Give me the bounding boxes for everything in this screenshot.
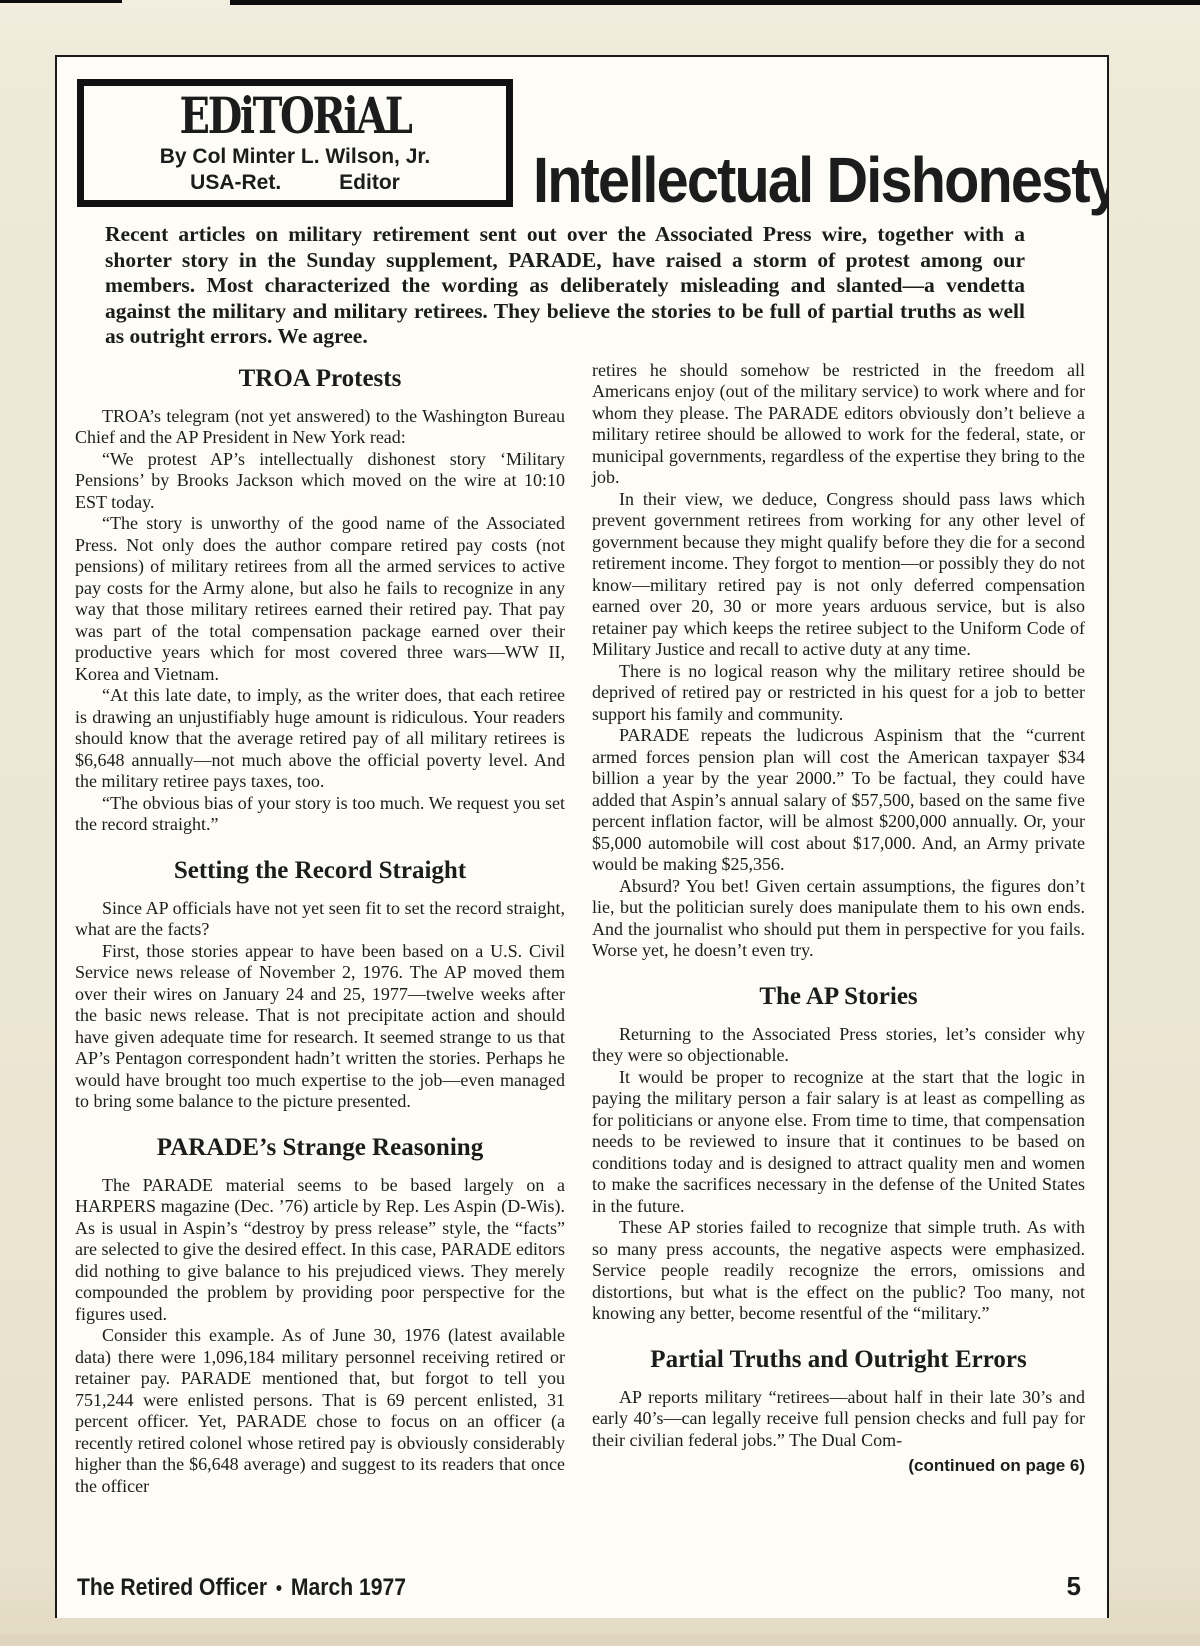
body-paragraph: “We protest AP’s intellectually dishones… bbox=[75, 449, 565, 514]
section-heading: TROA Protests bbox=[75, 364, 565, 394]
body-paragraph: It would be proper to recognize at the s… bbox=[592, 1067, 1085, 1218]
editor-roles: USA-Ret. Editor bbox=[84, 170, 506, 196]
section-heading: Partial Truths and Outright Errors bbox=[592, 1345, 1085, 1375]
body-paragraph: “At this late date, to imply, as the wri… bbox=[75, 685, 565, 793]
editorial-logo-box: EDiTORiAL By Col Minter L. Wilson, Jr. U… bbox=[77, 79, 513, 207]
section-heading: PARADE’s Strange Reasoning bbox=[75, 1133, 565, 1163]
left-column: TROA ProtestsTROA’s telegram (not yet an… bbox=[75, 360, 565, 1498]
body-paragraph: In their view, we deduce, Congress shoul… bbox=[592, 489, 1085, 661]
body-paragraph: retires he should somehow be restricted … bbox=[592, 360, 1085, 489]
right-column: retires he should somehow be restricted … bbox=[592, 360, 1085, 1498]
body-paragraph: The PARADE material seems to be based la… bbox=[75, 1175, 565, 1326]
body-paragraph: “The story is unworthy of the good name … bbox=[75, 513, 565, 685]
body-paragraph: AP reports military “retirees—about half… bbox=[592, 1387, 1085, 1452]
body-paragraph: Returning to the Associated Press storie… bbox=[592, 1024, 1085, 1067]
editorial-panel: EDiTORiAL By Col Minter L. Wilson, Jr. U… bbox=[55, 55, 1109, 1618]
body-paragraph: First, those stories appear to have been… bbox=[75, 941, 565, 1113]
body-paragraph: These AP stories failed to recognize tha… bbox=[592, 1217, 1085, 1325]
body-paragraph: “The obvious bias of your story is too m… bbox=[75, 793, 565, 836]
editor-byline: By Col Minter L. Wilson, Jr. bbox=[84, 144, 506, 170]
article-columns: TROA ProtestsTROA’s telegram (not yet an… bbox=[75, 360, 1085, 1498]
article-headline: Intellectual Dishonesty bbox=[533, 150, 1109, 211]
editor-org: USA-Ret. bbox=[190, 170, 281, 196]
page-bottom-edge bbox=[0, 1635, 1200, 1646]
editorial-logo: EDiTORiAL bbox=[126, 88, 464, 144]
body-paragraph: Absurd? You bet! Given certain assumptio… bbox=[592, 876, 1085, 962]
body-paragraph: PARADE repeats the ludicrous Aspinism th… bbox=[592, 725, 1085, 876]
scan-artifact-bar bbox=[230, 0, 1200, 5]
body-paragraph: Consider this example. As of June 30, 19… bbox=[75, 1325, 565, 1497]
issue-date: March 1977 bbox=[291, 1574, 406, 1601]
section-heading: Setting the Record Straight bbox=[75, 856, 565, 886]
magazine-page: EDiTORiAL By Col Minter L. Wilson, Jr. U… bbox=[0, 0, 1200, 1646]
body-paragraph: Since AP officials have not yet seen fit… bbox=[75, 898, 565, 941]
editor-title: Editor bbox=[339, 170, 400, 196]
bullet-separator: • bbox=[276, 1578, 282, 1600]
body-paragraph: TROA’s telegram (not yet answered) to th… bbox=[75, 406, 565, 449]
section-heading: The AP Stories bbox=[592, 982, 1085, 1012]
editorial-header: EDiTORiAL By Col Minter L. Wilson, Jr. U… bbox=[77, 79, 1085, 207]
scan-artifact-bar bbox=[0, 0, 122, 3]
continued-note: (continued on page 6) bbox=[592, 1456, 1085, 1476]
page-number: 5 bbox=[1067, 1571, 1081, 1602]
magazine-title: The Retired Officer bbox=[77, 1574, 267, 1601]
body-paragraph: There is no logical reason why the milit… bbox=[592, 661, 1085, 726]
intro-paragraph: Recent articles on military retirement s… bbox=[105, 222, 1025, 350]
footer-magazine-line: The Retired Officer•March 1977 bbox=[77, 1574, 406, 1602]
page-footer: The Retired Officer•March 1977 5 bbox=[77, 1571, 1081, 1602]
